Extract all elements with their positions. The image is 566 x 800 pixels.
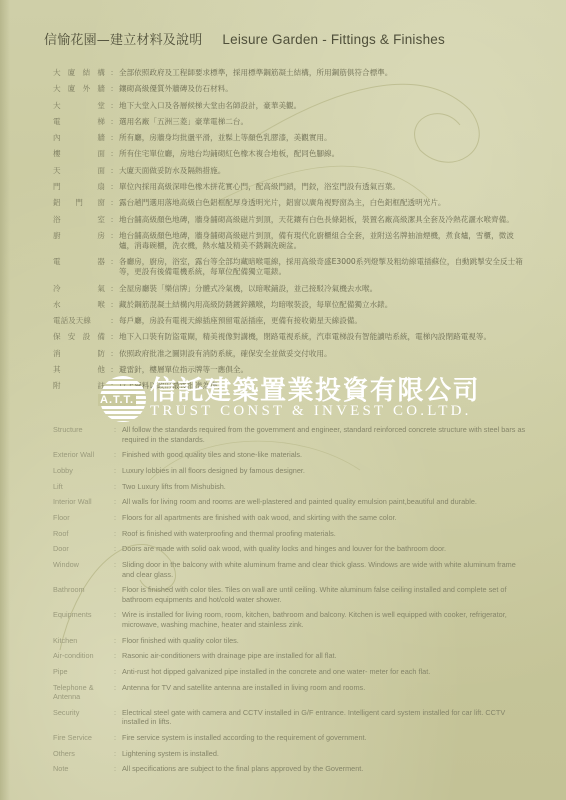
spec-value: 全屋房廳裝「樂信牌」分體式冷氣機，以暗喉鋪設，並己接駁冷氣機去水喉。 — [119, 284, 523, 294]
separator: : — [108, 764, 122, 774]
spec-row-cn: 電梯:選用名廠「五洲三菱」豪華電梯二台。 — [53, 117, 523, 127]
spec-label: Floor — [53, 513, 108, 523]
spec-row-cn: 冷氣:全屋房廳裝「樂信牌」分體式冷氣機，以暗喉鋪設，並己接駁冷氣機去水喉。 — [53, 284, 523, 294]
separator: : — [108, 708, 122, 727]
spec-row-en: Roof:Roof is finished with waterproofing… — [53, 529, 528, 539]
separator: : — [108, 683, 122, 702]
spec-value: Luxury lobbies in all floors designed by… — [122, 466, 528, 476]
spec-row-cn: 大廈結構:全部依照政府及工程師要求標準，採用標準鋼筋凝土結構，所用鋼筋俱符合標準… — [53, 68, 523, 78]
separator: : — [105, 231, 119, 251]
spec-label: 門扇 — [53, 182, 105, 192]
spec-row-cn: 廚房:地台舖高級顏色地磚，牆身舖砌高級磁片到頂，備有現代化廚櫃組合全套，並附送名… — [53, 231, 523, 251]
spec-label: 天面 — [53, 166, 105, 176]
separator: : — [108, 450, 122, 460]
spec-row-en: Others:Lightening system is installed. — [53, 749, 528, 759]
spec-value: 每戶廳，房設有電視天線插座預留電話插座，更備有接收衛星天線設備。 — [119, 316, 523, 326]
spec-label-char: 室 — [97, 215, 105, 225]
separator: : — [105, 332, 119, 342]
spec-label: Lobby — [53, 466, 108, 476]
separator: : — [108, 667, 122, 677]
separator: : — [108, 497, 122, 507]
spec-label-char: 電 — [53, 257, 61, 277]
spec-label-char: 廈 — [68, 68, 76, 78]
spec-label-char: 廚 — [53, 231, 61, 251]
separator: : — [105, 257, 119, 277]
spec-label-char: 外 — [83, 84, 91, 94]
separator: : — [105, 68, 119, 78]
spec-label: 電器 — [53, 257, 105, 277]
spec-label: Interior Wall — [53, 497, 108, 507]
spec-value: 地下大堂入口及各層候梯大堂由名師設計，豪華美觀。 — [119, 101, 523, 111]
spec-row-en: Telephone & Antenna:Antenna for TV and s… — [53, 683, 528, 702]
spec-row-en: Note:All specifications are subject to t… — [53, 764, 528, 774]
spec-label: 消防 — [53, 349, 105, 359]
spec-label: 大廈結構 — [53, 68, 105, 78]
spec-label-char: 浴 — [53, 215, 61, 225]
spec-label-char: 牆 — [97, 133, 105, 143]
spec-value: All walls for living room and rooms are … — [122, 497, 528, 507]
spec-value: 單位內採用高級深啡色橡木拼花實心門，配高級門鎖，門鉸，浴室門設有透氣百葉。 — [119, 182, 523, 192]
separator: : — [105, 215, 119, 225]
spec-value: Lightening system is installed. — [122, 749, 528, 759]
spec-row-cn: 鋁門窗:露台趟門選用落地高級白色鋁框配厚身透明光片，鋁窗以廣角視野窗為主，白色鋁… — [53, 198, 523, 208]
spec-value: 藏於鋼筋混凝土結構內用高級防銹鍍鋅鐵喉，均暗喉裝設，每單位配備獨立水錶。 — [119, 300, 523, 310]
spec-value: 選用名廠「五洲三菱」豪華電梯二台。 — [119, 117, 523, 127]
separator: : — [105, 316, 119, 326]
spec-label-char: 附 — [53, 381, 61, 391]
separator: : — [108, 482, 122, 492]
spec-label: 冷氣 — [53, 284, 105, 294]
spec-label-char: 堂 — [97, 101, 105, 111]
spec-label: Fire Service — [53, 733, 108, 743]
spec-value: Rasonic air-conditioners with drainage p… — [122, 651, 528, 661]
spec-label-char: 天 — [53, 166, 61, 176]
spec-label-char: 電 — [53, 117, 61, 127]
english-specification-list: Structure:All follow the standards requi… — [53, 425, 528, 780]
separator: : — [105, 182, 119, 192]
spec-label: Lift — [53, 482, 108, 492]
title-chinese: 信愉花園—建立材料及說明 — [44, 33, 202, 48]
spec-row-en: Pipe:Anti-rust hot dipped galvanized pip… — [53, 667, 528, 677]
spec-value: Anti-rust hot dipped galvanized pipe ins… — [122, 667, 528, 677]
spec-value: All follow the standards required from t… — [122, 425, 528, 444]
spec-row-en: Lobby:Luxury lobbies in all floors desig… — [53, 466, 528, 476]
spec-row-cn: 內牆:所有廳，房牆身均批盪平滑，並髹上等顏色乳膠漆，美觀實用。 — [53, 133, 523, 143]
spec-label-char: 喉 — [97, 300, 105, 310]
separator: : — [105, 198, 119, 208]
separator: : — [105, 300, 119, 310]
spec-label: 電梯 — [53, 117, 105, 127]
spec-row-cn: 水喉:藏於鋼筋混凝土結構內用高級防銹鍍鋅鐵喉，均暗喉裝設，每單位配備獨立水錶。 — [53, 300, 523, 310]
spec-row-en: Floor:Floors for all apartments are fini… — [53, 513, 528, 523]
spec-value: 各廳房，廚房，浴室，露台等全部均藏暗喉電線，採用高級奇盛E3000系列燈掣及粗幼… — [119, 257, 523, 277]
spec-label-char: 結 — [83, 68, 91, 78]
page-edge-shadow — [0, 0, 10, 800]
spec-value: Doors are made with solid oak wood, with… — [122, 544, 528, 554]
spec-label: Telephone & Antenna — [53, 683, 108, 702]
spec-label: Door — [53, 544, 108, 554]
spec-label-char: 門 — [75, 198, 83, 208]
spec-value: 所有住宅單位廳，房地台均鋪砌紅色橡木複合地板，配同色腳線。 — [119, 149, 523, 159]
spec-row-cn: 保安設備:地下入口裝有防盜電閘，精美視像對講機，閉路電視系統，汽車電梯設有智能讀… — [53, 332, 523, 342]
spec-label: Security — [53, 708, 108, 727]
spec-row-en: Kitchen:Floor finished with quality colo… — [53, 636, 528, 646]
separator: : — [108, 425, 122, 444]
spec-row-en: Lift:Two Luxury lifts from Mishubish. — [53, 482, 528, 492]
spec-label: 保安設備 — [53, 332, 105, 342]
spec-value: 地台舖高級顏色地磚，牆身舖砌高級磁片到頂，備有現代化廚櫃組合全套，並附送名牌抽油… — [119, 231, 523, 251]
separator: : — [105, 149, 119, 159]
spec-row-cn: 門扇:單位內採用高級深啡色橡木拼花實心門，配高級門鎖，門鉸，浴室門設有透氣百葉。 — [53, 182, 523, 192]
spec-value: 全部依照政府及工程師要求標準，採用標準鋼筋凝土結構，所用鋼筋俱符合標準。 — [119, 68, 523, 78]
spec-label-char: 構 — [97, 68, 105, 78]
chinese-specification-list: 大廈結構:全部依照政府及工程師要求標準，採用標準鋼筋凝土結構，所用鋼筋俱符合標準… — [53, 68, 523, 398]
spec-value: 依照政府批准之圖則設有消防系統，確保安全並做妥交付收用。 — [119, 349, 523, 359]
spec-row-en: Equipments:Wire is installed for living … — [53, 610, 528, 629]
spec-label: 大廈外牆 — [53, 84, 105, 94]
spec-value: 地下入口裝有防盜電閘，精美視像對講機，閉路電視系統，汽車電梯設有智能讀咭系統，電… — [119, 332, 523, 342]
spec-label: 樓面 — [53, 149, 105, 159]
spec-row-en: Fire Service:Fire service system is inst… — [53, 733, 528, 743]
spec-label-char: 其 — [53, 365, 61, 375]
spec-value: Two Luxury lifts from Mishubish. — [122, 482, 528, 492]
spec-row-en: Structure:All follow the standards requi… — [53, 425, 528, 444]
separator: : — [108, 749, 122, 759]
spec-value: Electrical steel gate with camera and CC… — [122, 708, 528, 727]
spec-value: 露台趟門選用落地高級白色鋁框配厚身透明光片，鋁窗以廣角視野窗為主，白色鋁框配透明… — [119, 198, 523, 208]
spec-label-char: 內 — [53, 133, 61, 143]
spec-label: Kitchen — [53, 636, 108, 646]
spec-label: Others — [53, 749, 108, 759]
spec-label-char: 備 — [97, 332, 105, 342]
spec-label: 內牆 — [53, 133, 105, 143]
separator: : — [108, 733, 122, 743]
spec-label-char: 房 — [97, 231, 105, 251]
spec-row-cn: 大廈外牆:鑲砌高級優質外牆磚及仿石材料。 — [53, 84, 523, 94]
spec-label-char: 設 — [83, 332, 91, 342]
spec-label-char: 面 — [97, 166, 105, 176]
spec-label-char: 面 — [97, 149, 105, 159]
spec-label-char: 牆 — [97, 84, 105, 94]
spec-label: 鋁門窗 — [53, 198, 105, 208]
spec-label: Bathroom — [53, 585, 108, 604]
spec-value: Finished with good quality tiles and sto… — [122, 450, 528, 460]
spec-row-cn: 電器:各廳房，廚房，浴室，露台等全部均藏暗喉電線，採用高級奇盛E3000系列燈掣… — [53, 257, 523, 277]
spec-label-char: 大 — [53, 68, 61, 78]
spec-value: Floor is finished with color tiles. Tile… — [122, 585, 528, 604]
spec-row-en: Air-condition:Rasonic air-conditioners w… — [53, 651, 528, 661]
spec-label-char: 梯 — [97, 117, 105, 127]
spec-label: Equipments — [53, 610, 108, 629]
spec-row-cn: 大堂:地下大堂入口及各層候梯大堂由名師設計，豪華美觀。 — [53, 101, 523, 111]
separator: : — [108, 610, 122, 629]
spec-label: Note — [53, 764, 108, 774]
spec-label: Window — [53, 560, 108, 579]
spec-label-char: 廈 — [68, 84, 76, 94]
spec-label: 電話及天線 — [53, 316, 105, 326]
spec-label: Air-condition — [53, 651, 108, 661]
spec-value: All specifications are subject to the fi… — [122, 764, 528, 774]
spec-row-en: Security:Electrical steel gate with came… — [53, 708, 528, 727]
separator: : — [105, 166, 119, 176]
spec-row-cn: 浴室:地台舖高級顏色地磚，牆身舖砌高級磁片到頂，天花鑲有白色長條鋁板，裝置名廠高… — [53, 215, 523, 225]
spec-value: 所有廳，房牆身均批盪平滑，並髹上等顏色乳膠漆，美觀實用。 — [119, 133, 523, 143]
spec-label-char: 冷 — [53, 284, 61, 294]
spec-label-char: 保 — [53, 332, 61, 342]
company-name-english: TRUST CONST & INVEST CO.LTD. — [150, 403, 472, 420]
separator: : — [108, 544, 122, 554]
spec-row-cn: 消防:依照政府批准之圖則設有消防系統，確保安全並做妥交付收用。 — [53, 349, 523, 359]
spec-row-en: Exterior Wall:Finished with good quality… — [53, 450, 528, 460]
spec-label: 水喉 — [53, 300, 105, 310]
spec-label-char: 消 — [53, 349, 61, 359]
spec-label-char: 器 — [97, 257, 105, 277]
spec-label-char: 大 — [53, 84, 61, 94]
spec-label-char: 安 — [68, 332, 76, 342]
spec-row-en: Door:Doors are made with solid oak wood,… — [53, 544, 528, 554]
company-name-chinese: 信託建築置業投資有限公司 — [150, 370, 480, 407]
separator: : — [108, 585, 122, 604]
logo-mark-text: A.T.T. — [98, 394, 136, 406]
separator: : — [108, 466, 122, 476]
spec-row-cn: 天面:大廈天面做妥防水及隔熱措施。 — [53, 166, 523, 176]
spec-value: Wire is installed for living room, room,… — [122, 610, 528, 629]
spec-label-char: 樓 — [53, 149, 61, 159]
spec-label: 其他 — [53, 365, 105, 375]
separator: : — [108, 513, 122, 523]
spec-label-char: 水 — [53, 300, 61, 310]
spec-value: Sliding door in the balcony with white a… — [122, 560, 528, 579]
page-title: 信愉花園—建立材料及說明Leisure Garden - Fittings & … — [44, 29, 445, 48]
separator: : — [108, 560, 122, 579]
spec-label-char: 鋁 — [53, 198, 61, 208]
separator: : — [105, 133, 119, 143]
separator: : — [105, 101, 119, 111]
spec-row-en: Bathroom:Floor is finished with color ti… — [53, 585, 528, 604]
spec-label: 大堂 — [53, 101, 105, 111]
spec-label: Roof — [53, 529, 108, 539]
spec-label-char: 防 — [97, 349, 105, 359]
spec-value: Floors for all apartments are finished w… — [122, 513, 528, 523]
spec-label-char: 電話及天線 — [53, 316, 91, 326]
spec-label-char: 扇 — [97, 182, 105, 192]
spec-label: 附註 — [53, 381, 105, 391]
separator: : — [108, 529, 122, 539]
spec-row-en: Window:Sliding door in the balcony with … — [53, 560, 528, 579]
spec-value: Fire service system is installed accordi… — [122, 733, 528, 743]
separator: : — [105, 117, 119, 127]
spec-row-cn: 電話及天線:每戶廳，房設有電視天線插座預留電話插座，更備有接收衛星天線設備。 — [53, 316, 523, 326]
spec-label-char: 窗 — [97, 198, 105, 208]
spec-value: Floor finished with quality color tiles. — [122, 636, 528, 646]
spec-row-en: Interior Wall:All walls for living room … — [53, 497, 528, 507]
spec-value: 大廈天面做妥防水及隔熱措施。 — [119, 166, 523, 176]
spec-label-char: 大 — [53, 101, 61, 111]
title-english: Leisure Garden - Fittings & Finishes — [222, 32, 445, 47]
spec-label: 浴室 — [53, 215, 105, 225]
spec-label: Exterior Wall — [53, 450, 108, 460]
separator: : — [108, 651, 122, 661]
spec-row-cn: 樓面:所有住宅單位廳，房地台均鋪砌紅色橡木複合地板，配同色腳線。 — [53, 149, 523, 159]
separator: : — [105, 284, 119, 294]
spec-label-char: 門 — [53, 182, 61, 192]
separator: : — [108, 636, 122, 646]
separator: : — [105, 349, 119, 359]
spec-value: Roof is finished with waterproofing and … — [122, 529, 528, 539]
spec-value: 鑲砌高級優質外牆磚及仿石材料。 — [119, 84, 523, 94]
spec-label: Structure — [53, 425, 108, 444]
spec-label: 廚房 — [53, 231, 105, 251]
spec-label: Pipe — [53, 667, 108, 677]
spec-value: Antenna for TV and satellite antenna are… — [122, 683, 528, 702]
spec-value: 地台舖高級顏色地磚，牆身舖砌高級磁片到頂，天花鑲有白色長條鋁板，裝置名廠高級潔具… — [119, 215, 523, 225]
separator: : — [105, 84, 119, 94]
company-logo: A.T.T. 信託建築置業投資有限公司 TRUST CONST & INVEST… — [100, 372, 540, 424]
spec-label-char: 氣 — [97, 284, 105, 294]
